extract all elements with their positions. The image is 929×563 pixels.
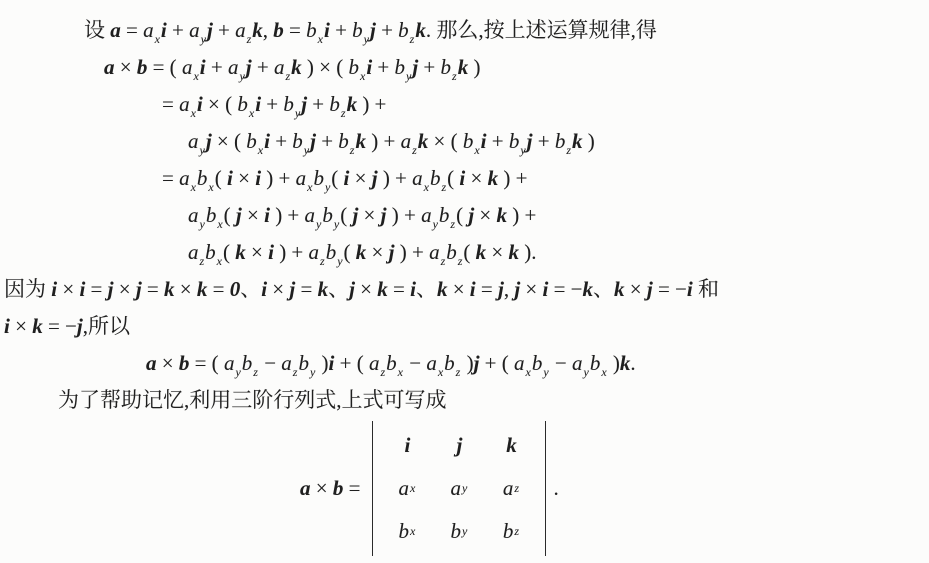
det-cell-ax: ax (381, 467, 433, 510)
determinant-lhs: a × b = (300, 476, 360, 501)
det-cell-k: k (485, 424, 537, 467)
line-expand-3: azbx( k × i ) + azby( k × j ) + azbz( k … (0, 234, 929, 271)
textbook-page: 设 a = axi + ayj + azk, b = bxi + byj + b… (0, 0, 929, 563)
line-basis-identities-1: 因为 i × i = j × j = k × k = 0、i × j = k、j… (0, 271, 929, 308)
line-distribute-1: = axi × ( bxi + byj + bzk ) + (0, 86, 929, 123)
line-cross-start: a × b = ( axi + ayj + azk ) × ( bxi + by… (0, 49, 929, 86)
determinant-matrix: i j k ax ay az bx by bz (372, 421, 546, 556)
determinant-equation: a × b = i j k ax ay az bx by bz . (0, 421, 929, 556)
det-cell-ay: ay (433, 467, 485, 510)
line-expand-1: = axbx( i × i ) + axby( i × j ) + axbz( … (0, 160, 929, 197)
det-cell-bx: bx (381, 510, 433, 553)
det-cell-j: j (433, 424, 485, 467)
det-cell-i: i (381, 424, 433, 467)
line-distribute-2: ayj × ( bxi + byj + bzk ) + azk × ( bxi … (0, 123, 929, 160)
line-given: 设 a = axi + ayj + azk, b = bxi + byj + b… (0, 12, 929, 49)
line-mnemonic-intro: 为了帮助记忆,利用三阶行列式,上式可写成 (0, 382, 929, 419)
line-basis-identities-2: i × k = −j,所以 (0, 308, 929, 345)
det-cell-bz: bz (485, 510, 537, 553)
det-cell-az: az (485, 467, 537, 510)
line-expand-2: aybx( j × i ) + ayby( j × j ) + aybz( j … (0, 197, 929, 234)
det-cell-by: by (433, 510, 485, 553)
determinant-period: . (553, 476, 558, 501)
line-result-formula: a × b = ( aybz − azby )i + ( azbx − axbz… (0, 345, 929, 382)
